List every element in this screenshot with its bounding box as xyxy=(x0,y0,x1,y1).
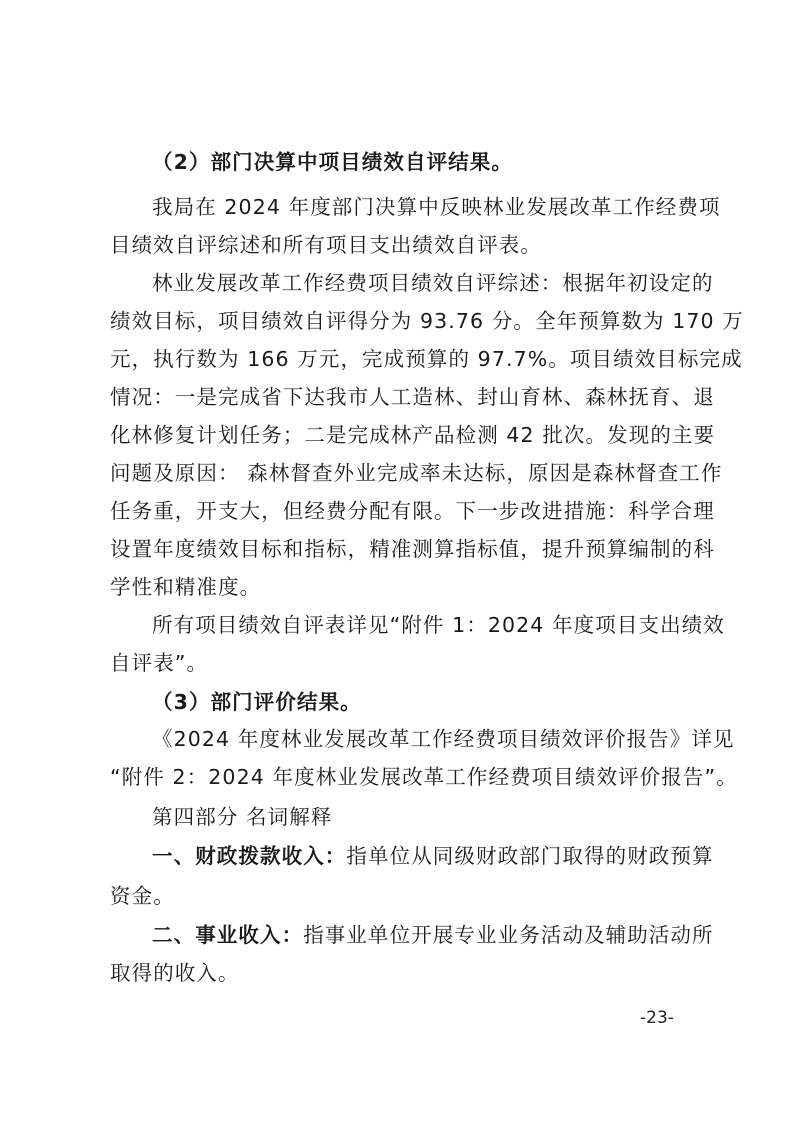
section-heading-2: （2）部门决算中项目绩效自评结果。 xyxy=(110,148,692,176)
paragraph-line: 《2024 年度林业发展改革工作经费项目绩效评价报告》详见 xyxy=(110,725,692,753)
paragraph-line: 问题及原因： 森林督查外业完成率未达标，原因是森林督查工作 xyxy=(110,459,692,487)
paragraph-line: 所有项目绩效自评表详见“附件 1：2024 年度项目支出绩效 xyxy=(110,611,692,639)
paragraph-line: 资金。 xyxy=(110,882,692,910)
paragraph-line: 任务重，开支大，但经费分配有限。下一步改进措施：科学合理 xyxy=(110,497,692,525)
term-label: 二、事业收入： xyxy=(152,923,303,947)
paragraph-line: “附件 2：2024 年度林业发展改革工作经费项目绩效评价报告”。 xyxy=(110,763,692,791)
paragraph-line: 学性和精准度。 xyxy=(110,573,692,601)
paragraph-line: 情况：一是完成省下达我市人工造林、封山育林、森林抚育、退 xyxy=(110,383,692,411)
paragraph-line: 设置年度绩效目标和指标，精准测算指标值，提升预算编制的科 xyxy=(110,535,692,563)
paragraph-line: 取得的收入。 xyxy=(110,959,692,987)
page-number: -23- xyxy=(640,1008,674,1028)
paragraph-line: 化林修复计划任务；二是完成林产品检测 42 批次。发现的主要 xyxy=(110,421,692,449)
paragraph-line: 目绩效自评综述和所有项目支出绩效自评表。 xyxy=(110,231,692,259)
term-definition: 二、事业收入：指事业单位开展专业业务活动及辅助活动所 xyxy=(110,921,692,949)
term-label: 一、财政拨款收入： xyxy=(152,844,346,868)
paragraph-line: 我局在 2024 年度部门决算中反映林业发展改革工作经费项 xyxy=(110,193,692,221)
paragraph-line: 自评表”。 xyxy=(110,649,692,677)
paragraph-line: 绩效目标，项目绩效自评得分为 93.76 分。全年预算数为 170 万 xyxy=(110,307,692,335)
paragraph-line: 林业发展改革工作经费项目绩效自评综述：根据年初设定的 xyxy=(110,269,692,297)
term-text: 指事业单位开展专业业务活动及辅助活动所 xyxy=(303,923,713,947)
term-text: 指单位从同级财政部门取得的财政预算 xyxy=(346,844,713,868)
section-heading-3: （3）部门评价结果。 xyxy=(110,688,692,716)
term-definition: 一、财政拨款收入：指单位从同级财政部门取得的财政预算 xyxy=(110,842,692,870)
paragraph-line: 元，执行数为 166 万元，完成预算的 97.7%。项目绩效目标完成 xyxy=(110,345,692,373)
part-heading: 第四部分 名词解释 xyxy=(110,803,692,831)
